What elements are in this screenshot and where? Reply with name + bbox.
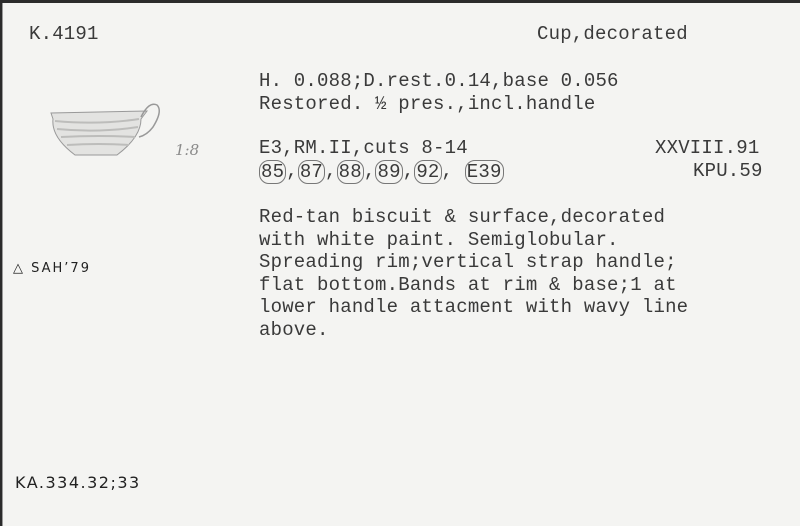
description-line: above. — [259, 319, 688, 342]
condition-line: Restored. ½ pres.,incl.handle — [259, 93, 595, 115]
context-ref: 85 — [259, 160, 286, 184]
pencil-note: 1:8 — [175, 141, 199, 159]
cup-sketch-icon — [49, 99, 164, 159]
drawing-credit: △ SAH’79 — [13, 261, 91, 276]
description-line: lower handle attacment with wavy line — [259, 296, 688, 319]
description-line: Red-tan biscuit & surface,decorated — [259, 206, 688, 229]
context-refs: 85,87,88,89,92, E39 — [259, 160, 504, 184]
catalog-number: K.4191 — [29, 23, 99, 45]
context-ref: 92 — [414, 160, 441, 184]
description: Red-tan biscuit & surface,decoratedwith … — [259, 206, 688, 341]
catalog-card: K.4191 Cup,decorated H. 0.088;D.rest.0.1… — [2, 3, 800, 526]
context-ref: E39 — [465, 160, 504, 184]
context-line: E3,RM.II,cuts 8-14 — [259, 137, 468, 159]
description-line: with white paint. Semiglobular. — [259, 229, 688, 252]
context-ref: 89 — [375, 160, 402, 184]
description-line: flat bottom.Bands at rim & base;1 at — [259, 274, 688, 297]
context-ref: 88 — [337, 160, 364, 184]
archive-reference: KA.334.32;33 — [15, 473, 141, 492]
inventory-line-2: KPU.59 — [693, 160, 763, 182]
inventory-line-1: XXVIII.91 — [655, 137, 759, 159]
context-ref: 87 — [298, 160, 325, 184]
description-line: Spreading rim;vertical strap handle; — [259, 251, 688, 274]
object-type: Cup,decorated — [537, 23, 688, 45]
dimensions-line: H. 0.088;D.rest.0.14,base 0.056 — [259, 70, 619, 92]
